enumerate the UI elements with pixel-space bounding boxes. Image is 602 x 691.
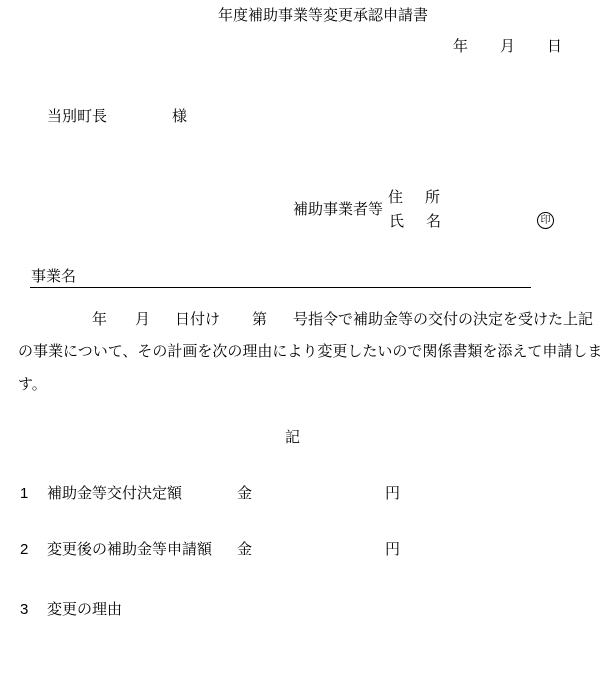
record-heading: 記 bbox=[285, 429, 300, 446]
item-label: 変更後の補助金等申請額 bbox=[47, 541, 212, 558]
addressee-name: 当別町長 bbox=[47, 108, 107, 125]
item-number: 1 bbox=[20, 485, 28, 502]
item-number: 2 bbox=[20, 541, 28, 558]
body-day-label: 日付け bbox=[175, 311, 220, 328]
document-title: 年度補助事業等変更承認申請書 bbox=[218, 7, 428, 24]
item-label: 補助金等交付決定額 bbox=[47, 485, 182, 502]
body-number-prefix: 第 bbox=[252, 311, 267, 328]
body-month-label: 月 bbox=[135, 311, 150, 328]
project-name-label: 事業名 bbox=[31, 268, 76, 285]
project-name-field: 事業名 bbox=[30, 268, 531, 288]
item-currency-suffix: 円 bbox=[385, 541, 400, 558]
applicant-name-label-a: 氏 bbox=[389, 213, 404, 230]
seal-mark-icon: 印 bbox=[537, 212, 554, 229]
item-currency-prefix: 金 bbox=[237, 541, 252, 558]
date-day-label: 日 bbox=[547, 38, 562, 55]
body-line3-text: す。 bbox=[18, 376, 47, 393]
body-line1-text: 号指令で補助金等の交付の決定を受けた上記 bbox=[293, 311, 593, 328]
date-month-label: 月 bbox=[500, 38, 515, 55]
item-currency-suffix: 円 bbox=[385, 485, 400, 502]
applicant-name-label-b: 名 bbox=[426, 213, 441, 230]
body-line2-text: の事業について、その計画を次の理由により変更したいので関係書類を添えて申請しま bbox=[18, 343, 602, 360]
item-label: 変更の理由 bbox=[47, 601, 122, 618]
applicant-address-label-b: 所 bbox=[425, 189, 440, 206]
applicant-label: 補助事業者等 bbox=[293, 201, 383, 218]
item-currency-prefix: 金 bbox=[237, 485, 252, 502]
application-form-page: 年度補助事業等変更承認申請書 年 月 日 当別町長 様 補助事業者等 住 所 氏… bbox=[0, 0, 602, 691]
applicant-address-label-a: 住 bbox=[388, 189, 403, 206]
body-year-label: 年 bbox=[92, 311, 107, 328]
addressee-honorific: 様 bbox=[172, 108, 187, 125]
date-year-label: 年 bbox=[453, 38, 468, 55]
item-number: 3 bbox=[20, 601, 28, 618]
